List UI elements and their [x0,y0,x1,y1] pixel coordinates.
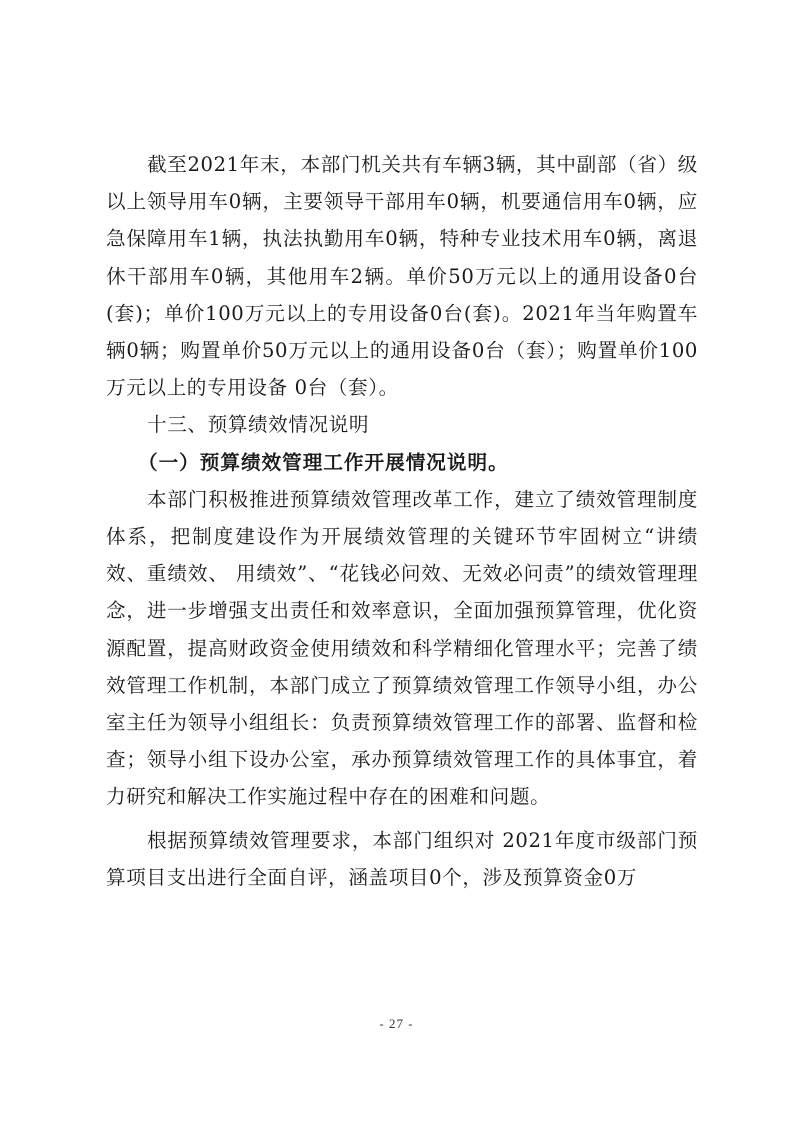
paragraph-self-evaluation: 根据预算绩效管理要求，本部门组织对 2021年度市级部门预算项目支出进行全面自评… [106,822,698,896]
document-page: 截至2021年末，本部门机关共有车辆3辆，其中副部（省）级以上领导用车0辆，主要… [106,146,698,896]
page-number: - 27 - [0,1016,793,1032]
paragraph-vehicles: 截至2021年末，本部门机关共有车辆3辆，其中副部（省）级以上领导用车0辆，主要… [106,146,698,406]
paragraph-performance-reform: 本部门积极推进预算绩效管理改革工作，建立了绩效管理制度体系，把制度建设作为开展绩… [106,481,698,816]
subsection-heading: （一）预算绩效管理工作开展情况说明。 [106,444,698,481]
section-heading: 十三、预算绩效情况说明 [106,406,698,443]
